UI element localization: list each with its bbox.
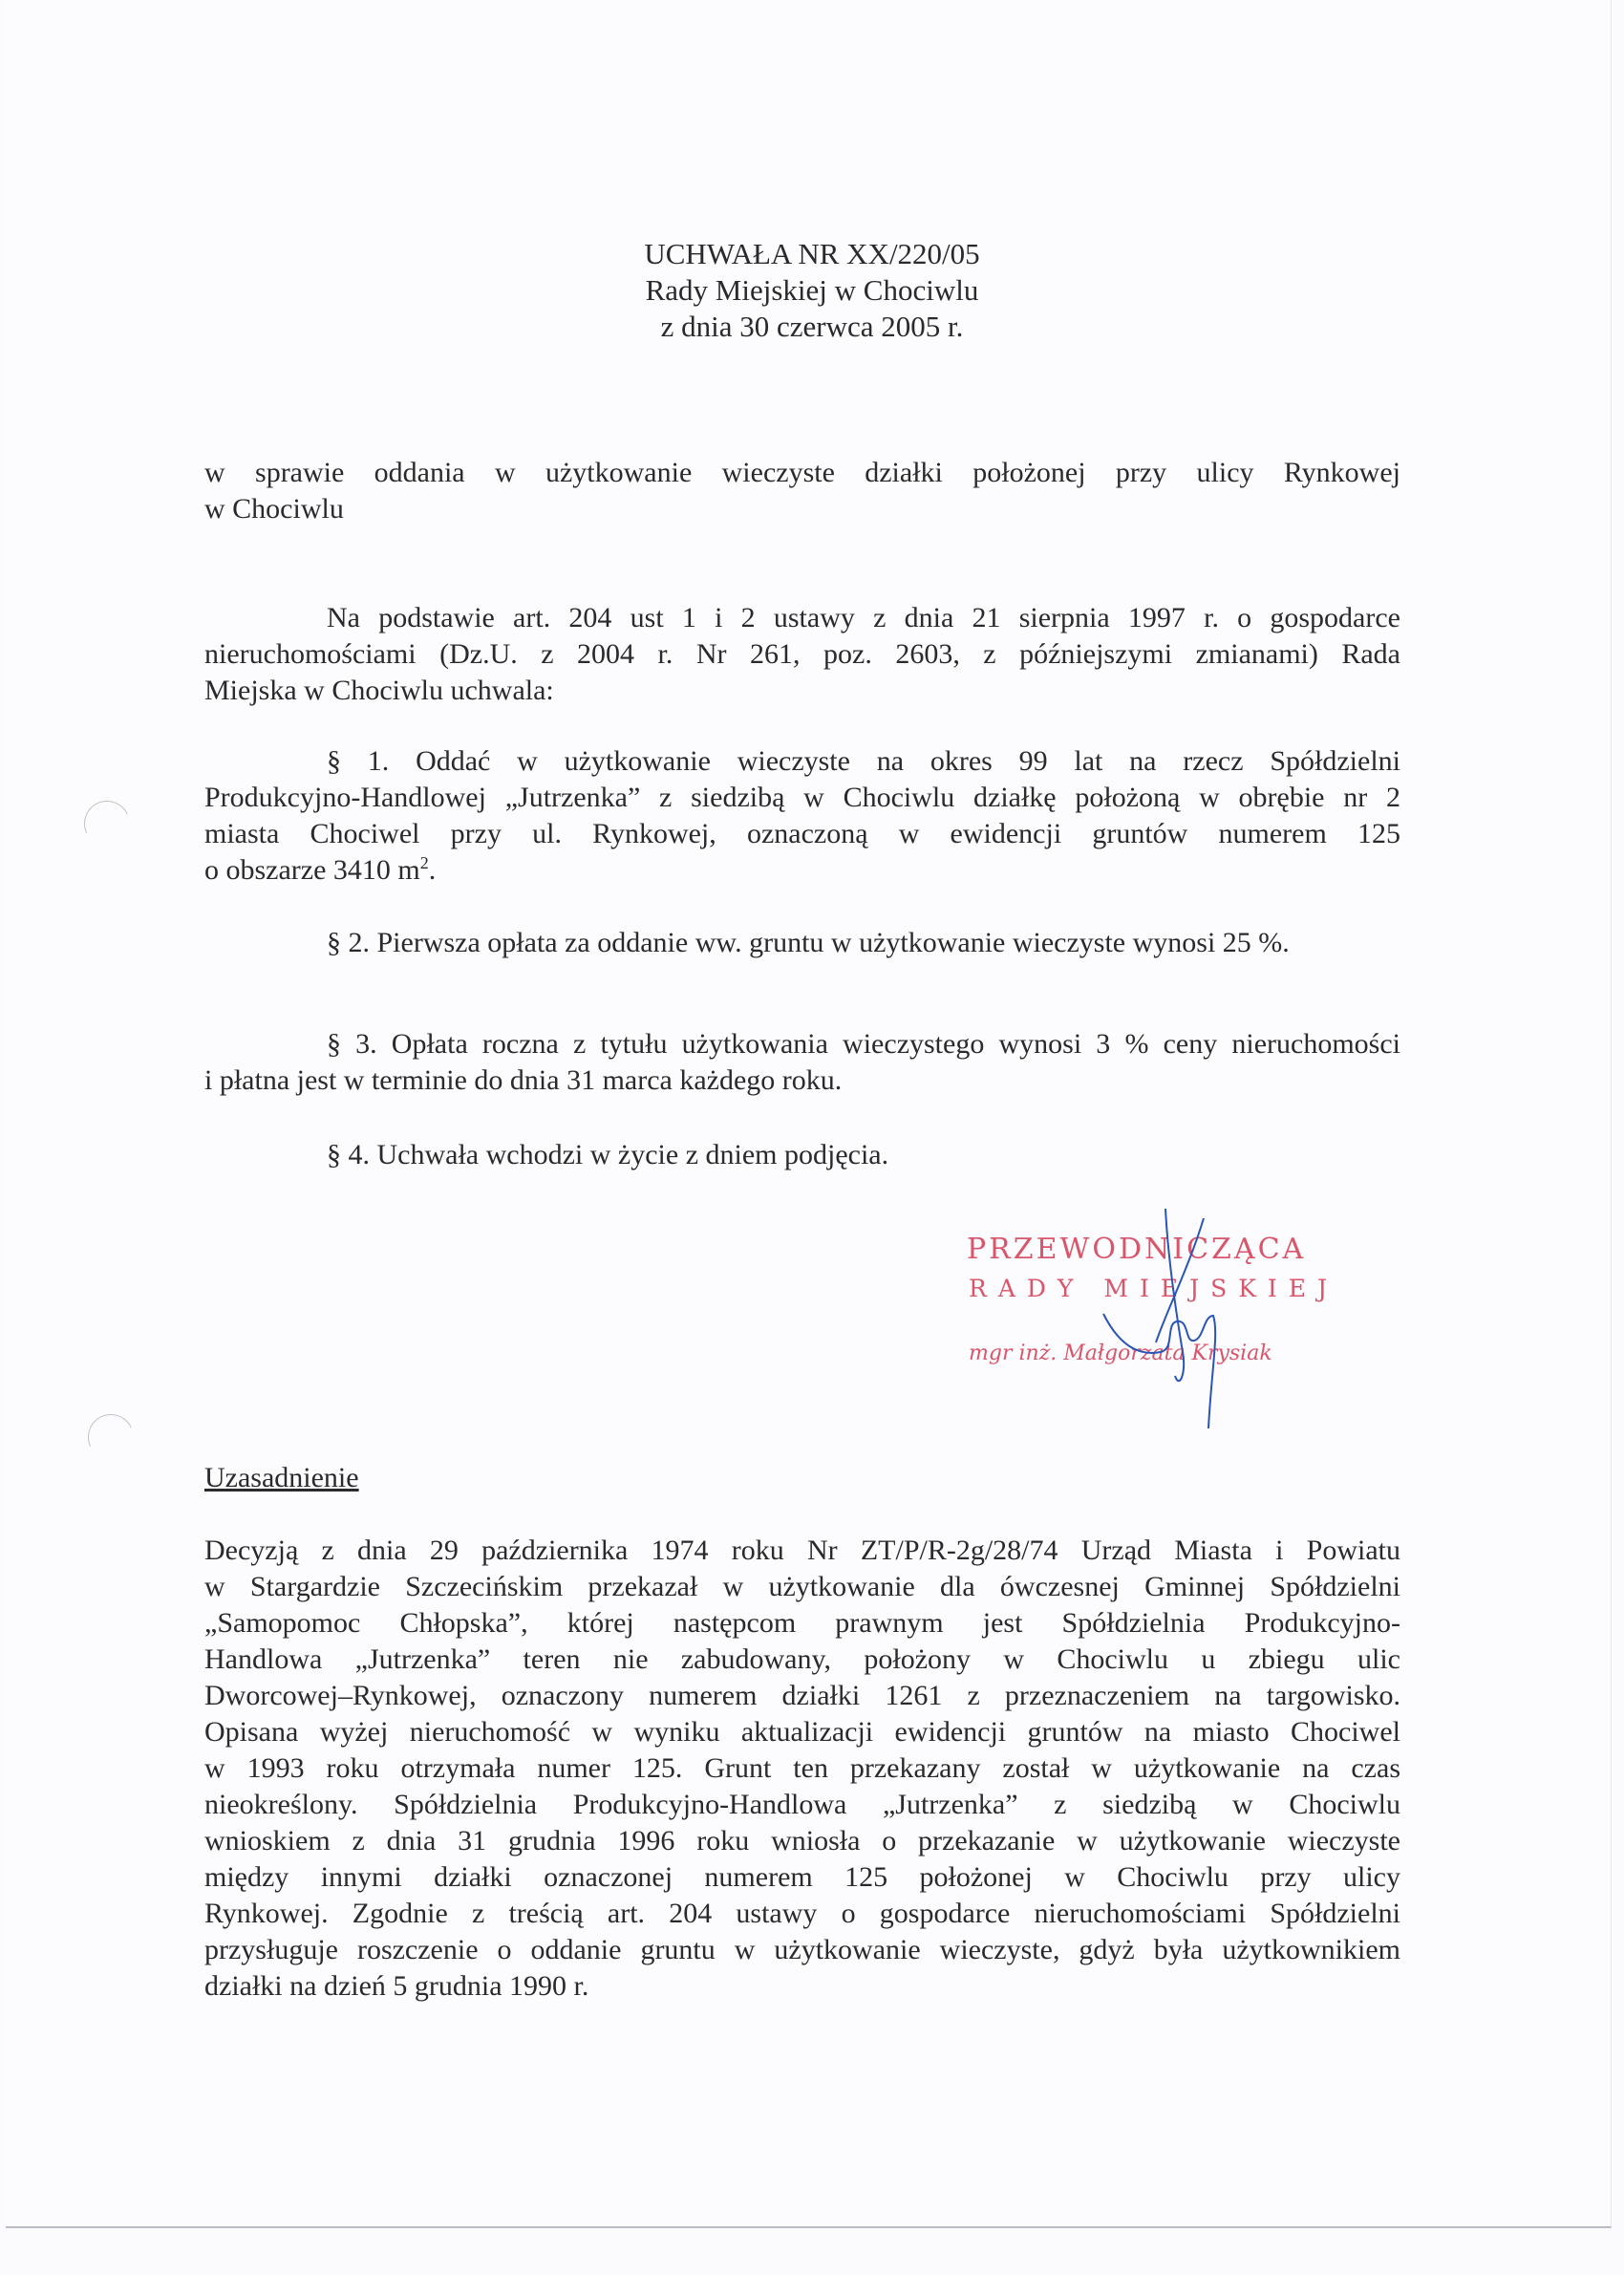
section-4: § 4. Uchwała wchodzi w życie z dniem pod… — [327, 1137, 888, 1173]
resolution-title: UCHWAŁA NR XX/220/05 — [0, 235, 1624, 272]
subject-line: w sprawie oddania w użytkowanie wieczyst… — [204, 455, 1400, 491]
section-2: § 2. Pierwsza opłata za oddanie ww. grun… — [327, 925, 1290, 961]
preamble-line: Na podstawie art. 204 ust 1 i 2 ustawy z… — [204, 600, 1400, 636]
section-1-line: Produkcyjno-Handlowej „Jutrzenka” z sied… — [204, 780, 1400, 816]
justification-line: przysługuje roszczenie o oddanie gruntu … — [204, 1932, 1400, 1968]
justification-line: Handlowa „Jutrzenka” teren nie zabudowan… — [204, 1642, 1400, 1678]
justification-line: Rynkowej. Zgodnie z treścią art. 204 ust… — [204, 1896, 1400, 1932]
justification-line: Opisana wyżej nieruchomość w wyniku aktu… — [204, 1714, 1400, 1750]
justification-line: Dworcowej–Rynkowej, oznaczony numerem dz… — [204, 1678, 1400, 1714]
signature — [1099, 1209, 1232, 1428]
justification-body: Decyzją z dnia 29 października 1974 roku… — [204, 1533, 1400, 2005]
justification-line: wnioskiem z dnia 31 grudnia 1996 roku wn… — [204, 1823, 1400, 1859]
justification-line: „Samopomoc Chłopska”, której następcom p… — [204, 1605, 1400, 1642]
area-text: o obszarze 3410 m — [204, 854, 420, 886]
resolution-date: z dnia 30 czerwca 2005 r. — [0, 308, 1624, 345]
subject: w sprawie oddania w użytkowanie wieczyst… — [204, 455, 1400, 527]
subject-line: w Chociwlu — [204, 491, 1400, 527]
justification-line: w Stargardzie Szczecińskim przekazał w u… — [204, 1569, 1400, 1605]
justification-heading: Uzasadnienie — [204, 1460, 359, 1496]
justification-line: między innymi działki oznaczonej numerem… — [204, 1859, 1400, 1896]
preamble-line: nieruchomościami (Dz.U. z 2004 r. Nr 261… — [204, 636, 1400, 673]
preamble: Na podstawie art. 204 ust 1 i 2 ustawy z… — [204, 600, 1400, 709]
justification-line: działki na dzień 5 grudnia 1990 r. — [204, 1968, 1400, 2005]
section-3-line: § 3. Opłata roczna z tytułu użytkowania … — [204, 1026, 1400, 1062]
section-1: § 1. Oddać w użytkowanie wieczyste na ok… — [204, 743, 1400, 889]
section-1-line: o obszarze 3410 m2. — [204, 852, 1400, 889]
section-1-line: miasta Chociwel przy ul. Rynkowej, oznac… — [204, 816, 1400, 852]
section-3-line: i płatna jest w terminie do dnia 31 marc… — [204, 1062, 1400, 1099]
area-superscript: 2 — [420, 853, 429, 872]
area-suffix: . — [429, 854, 437, 886]
justification-line: Decyzją z dnia 29 października 1974 roku… — [204, 1533, 1400, 1569]
section-3: § 3. Opłata roczna z tytułu użytkowania … — [204, 1026, 1400, 1099]
preamble-line: Miejska w Chociwlu uchwala: — [204, 673, 1400, 709]
justification-line: w 1993 roku otrzymała numer 125. Grunt t… — [204, 1750, 1400, 1787]
justification-line: nieokreślony. Spółdzielnia Produkcyjno-H… — [204, 1787, 1400, 1823]
section-1-line: § 1. Oddać w użytkowanie wieczyste na ok… — [204, 743, 1400, 780]
council-name: Rady Miejskiej w Chociwlu — [0, 271, 1624, 309]
